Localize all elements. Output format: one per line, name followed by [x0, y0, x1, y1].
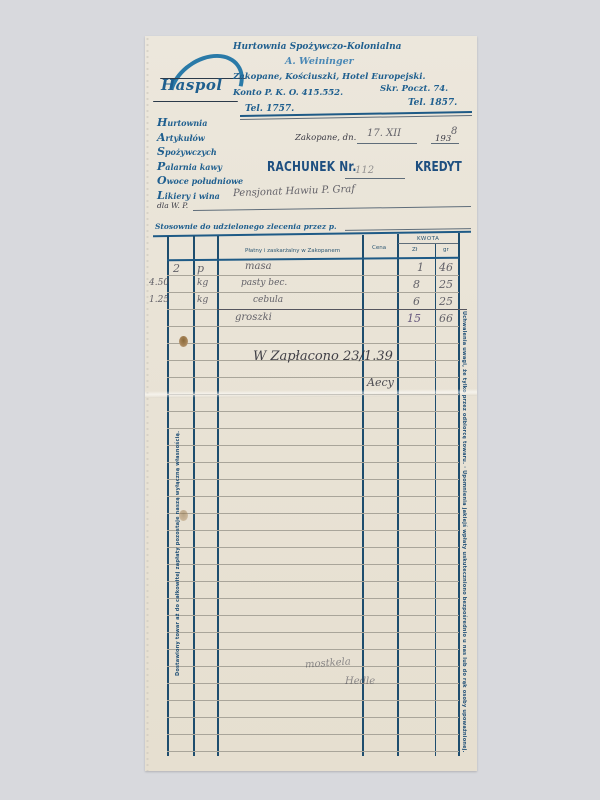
- row-zl: 6: [413, 295, 420, 308]
- bottom-note-line2: Hedle: [345, 676, 375, 687]
- table-col-line: [397, 234, 399, 756]
- order-label: Stosownie do udzielonego zlecenia przez …: [155, 222, 337, 231]
- punch-hole: [179, 336, 188, 347]
- company-phone-2: Tel. 1857.: [408, 98, 457, 108]
- header-gr: gr: [443, 247, 449, 253]
- category-item: Artykułów: [157, 131, 243, 146]
- header-amount: KWOTA: [417, 236, 439, 242]
- total-zl: 15: [407, 312, 421, 325]
- side-text-right: Uchwalenia uwagi, że tylko przez odbiorc…: [461, 311, 467, 753]
- row-unit: p: [197, 262, 204, 275]
- paid-note: W Zapłacono 23/1.39: [253, 349, 393, 364]
- year-underline: [431, 143, 459, 144]
- row-unit: kg: [197, 295, 208, 305]
- recipient-handwritten: Pensjonat Hawiu P. Graf: [233, 184, 355, 199]
- paid-signature: Aecy: [367, 376, 394, 389]
- category-list: Hurtownia Artykułów Spożywczych Palarnia…: [157, 116, 243, 203]
- date-underline: [357, 143, 417, 144]
- invoice-document: Haspol Hurtownia Spożywczo-Kolonialna A.…: [145, 36, 477, 771]
- header-bottom-rule: [167, 257, 459, 261]
- total-underline: [217, 309, 467, 310]
- logo-text: Haspol: [161, 76, 223, 94]
- company-account: Konto P. K. O. 415.552.: [233, 88, 343, 98]
- row-item: cebula: [253, 295, 283, 305]
- date-handwritten: 17. XII: [367, 128, 401, 139]
- side-text-left: Dostawiony towar aż do całkowitej zapłat…: [175, 431, 181, 676]
- perforated-edge: [145, 36, 150, 771]
- recipient-underline: [193, 206, 471, 211]
- year-suffix-handwritten: 8: [451, 126, 457, 137]
- row-unit: kg: [197, 278, 208, 288]
- header-price: Cena: [372, 245, 386, 251]
- row-item: masa: [245, 261, 272, 272]
- row-item: pasty bec.: [241, 278, 287, 288]
- invoice-number: 112: [355, 165, 374, 176]
- row-zl: 8: [413, 278, 420, 291]
- category-item: Spożywczych: [157, 145, 243, 160]
- header-zl: Zł: [412, 247, 417, 253]
- company-title: Hurtownia Spożywczo-Kolonialna: [233, 42, 401, 52]
- table-col-line: [435, 244, 436, 756]
- row-gr: 25: [439, 278, 453, 291]
- amount-subrule: [398, 243, 458, 244]
- company-po-box: Skr. Poczt. 74.: [380, 84, 448, 94]
- table-col-line: [458, 233, 460, 756]
- punch-hole: [179, 510, 188, 521]
- invoice-title: RACHUNEK Nr.: [267, 160, 357, 175]
- company-phone-1: Tel. 1757.: [245, 104, 294, 114]
- company-owner: A. Weininger: [285, 56, 354, 67]
- row-zl: 1: [417, 261, 424, 274]
- row-qty: 4.50: [149, 278, 169, 288]
- fold-crease: [145, 389, 477, 398]
- recipient-label: dla W. P.: [157, 201, 188, 210]
- row-qty: 2: [173, 262, 180, 275]
- row-qty: 1.25: [149, 295, 169, 305]
- company-address: Zakopane, Kościuszki, Hotel Europejski.: [233, 72, 425, 82]
- bottom-note-line1: mostkela: [305, 656, 351, 670]
- row-gr: 46: [439, 261, 453, 274]
- category-item: Palarnia kawy: [157, 160, 243, 175]
- invoice-number-underline: [345, 178, 405, 179]
- invoice-type-kredyt: KREDYT: [415, 160, 462, 175]
- row-gr: 25: [439, 295, 453, 308]
- header-description: Płatny i zaskarżalny w Zakopanem: [245, 248, 340, 254]
- date-place-label: Zakopane, dn.: [295, 133, 356, 143]
- category-item: Owoce południowe: [157, 174, 243, 189]
- category-item: Hurtownia: [157, 116, 243, 131]
- row-item: groszki: [235, 312, 272, 323]
- total-gr: 66: [439, 312, 453, 325]
